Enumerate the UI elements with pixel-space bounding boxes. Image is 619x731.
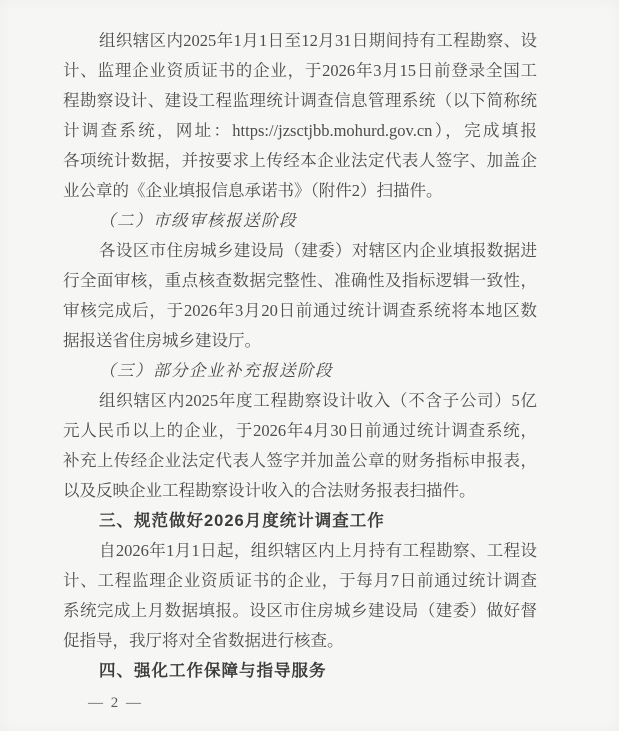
- text-line: 行全面审核，重点核查数据完整性、准确性及指标逻辑一致性，: [63, 266, 537, 296]
- text-line: 据报送省住房城乡建设厅。: [63, 326, 537, 356]
- text-line: 元人民币以上的企业，于2026年4月30日前通过统计调查系统，: [63, 416, 537, 446]
- heading-line: （三）部分企业补充报送阶段: [63, 356, 537, 386]
- heading-line: （二）市级审核报送阶段: [63, 206, 537, 236]
- text-line: 计调查系统，网址：https://jzsctjbb.mohurd.gov.cn）…: [63, 116, 537, 146]
- heading-line: 四、强化工作保障与指导服务: [63, 656, 537, 686]
- text-line: 程勘察设计、建设工程监理统计调查信息管理系统（以下简称统: [63, 86, 537, 116]
- text-line: 业公章的《企业填报信息承诺书》（附件2）扫描件。: [63, 176, 537, 206]
- text-line: 促指导，我厅将对全省数据进行核查。: [63, 626, 537, 656]
- text-line: 各项统计数据，并按要求上传经本企业法定代表人签字、加盖企: [63, 146, 537, 176]
- text-line: 组织辖区内2025年1月1日至12月31日期间持有工程勘察、设: [63, 26, 537, 56]
- text-line: 组织辖区内2025年度工程勘察设计收入（不含子公司）5亿: [63, 386, 537, 416]
- heading-line: 三、规范做好2026月度统计调查工作: [63, 506, 537, 536]
- text-line: 以及反映企业工程勘察设计收入的合法财务报表扫描件。: [63, 476, 537, 506]
- text-line: 各设区市住房城乡建设局（建委）对辖区内企业填报数据进: [63, 236, 537, 266]
- document-body: 组织辖区内2025年1月1日至12月31日期间持有工程勘察、设计、监理企业资质证…: [63, 26, 537, 686]
- text-line: 计、监理企业资质证书的企业，于2026年3月15日前登录全国工: [63, 56, 537, 86]
- text-line: 自2026年1月1日起，组织辖区内上月持有工程勘察、工程设: [63, 536, 537, 566]
- text-line: 补充上传经企业法定代表人签字并加盖公章的财务指标申报表，: [63, 446, 537, 476]
- document-page: 组织辖区内2025年1月1日至12月31日期间持有工程勘察、设计、监理企业资质证…: [0, 0, 619, 731]
- text-line: 计、工程监理企业资质证书的企业，于每月7日前通过统计调查: [63, 566, 537, 596]
- text-line: 系统完成上月数据填报。设区市住房城乡建设局（建委）做好督: [63, 596, 537, 626]
- page-number: — 2 —: [88, 695, 143, 712]
- text-line: 审核完成后，于2026年3月20日前通过统计调查系统将本地区数: [63, 296, 537, 326]
